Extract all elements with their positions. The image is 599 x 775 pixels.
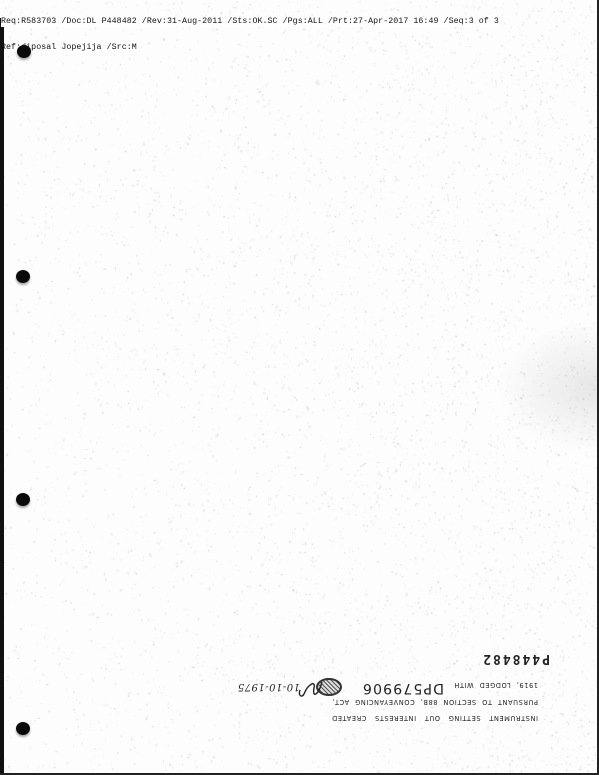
signature-icon xyxy=(296,678,324,700)
punch-hole-icon xyxy=(16,493,30,506)
header-line-2: Ref:diposal Jopejija /Src:M xyxy=(1,44,499,53)
header-line-1: Req:R583703 /Doc:DL P448482 /Rev:31-Aug-… xyxy=(1,18,499,27)
punch-hole-icon xyxy=(17,45,31,58)
registration-stamp: INSTRUMENT SETTING OUT INTERESTS CREATED… xyxy=(150,655,550,750)
page-left-edge xyxy=(0,18,4,775)
punch-hole-icon xyxy=(16,722,30,735)
stamp-line-pursuant: PURSUANT TO SECTION 88B, CONVEYANCING AC… xyxy=(332,698,538,706)
punch-hole-icon xyxy=(16,270,30,283)
stamp-line-lodged: 1919, LODGED WITH xyxy=(454,681,538,689)
dealing-number: DP579906 xyxy=(362,680,444,696)
lodged-date: 10-10-1975 xyxy=(237,681,300,692)
scanned-page: Req:R583703 /Doc:DL P448482 /Rev:31-Aug-… xyxy=(0,0,599,775)
stamp-line-instrument: INSTRUMENT SETTING OUT INTERESTS CREATED xyxy=(332,714,538,722)
print-header: Req:R583703 /Doc:DL P448482 /Rev:31-Aug-… xyxy=(1,1,499,70)
plan-number: P448482 xyxy=(481,651,550,666)
